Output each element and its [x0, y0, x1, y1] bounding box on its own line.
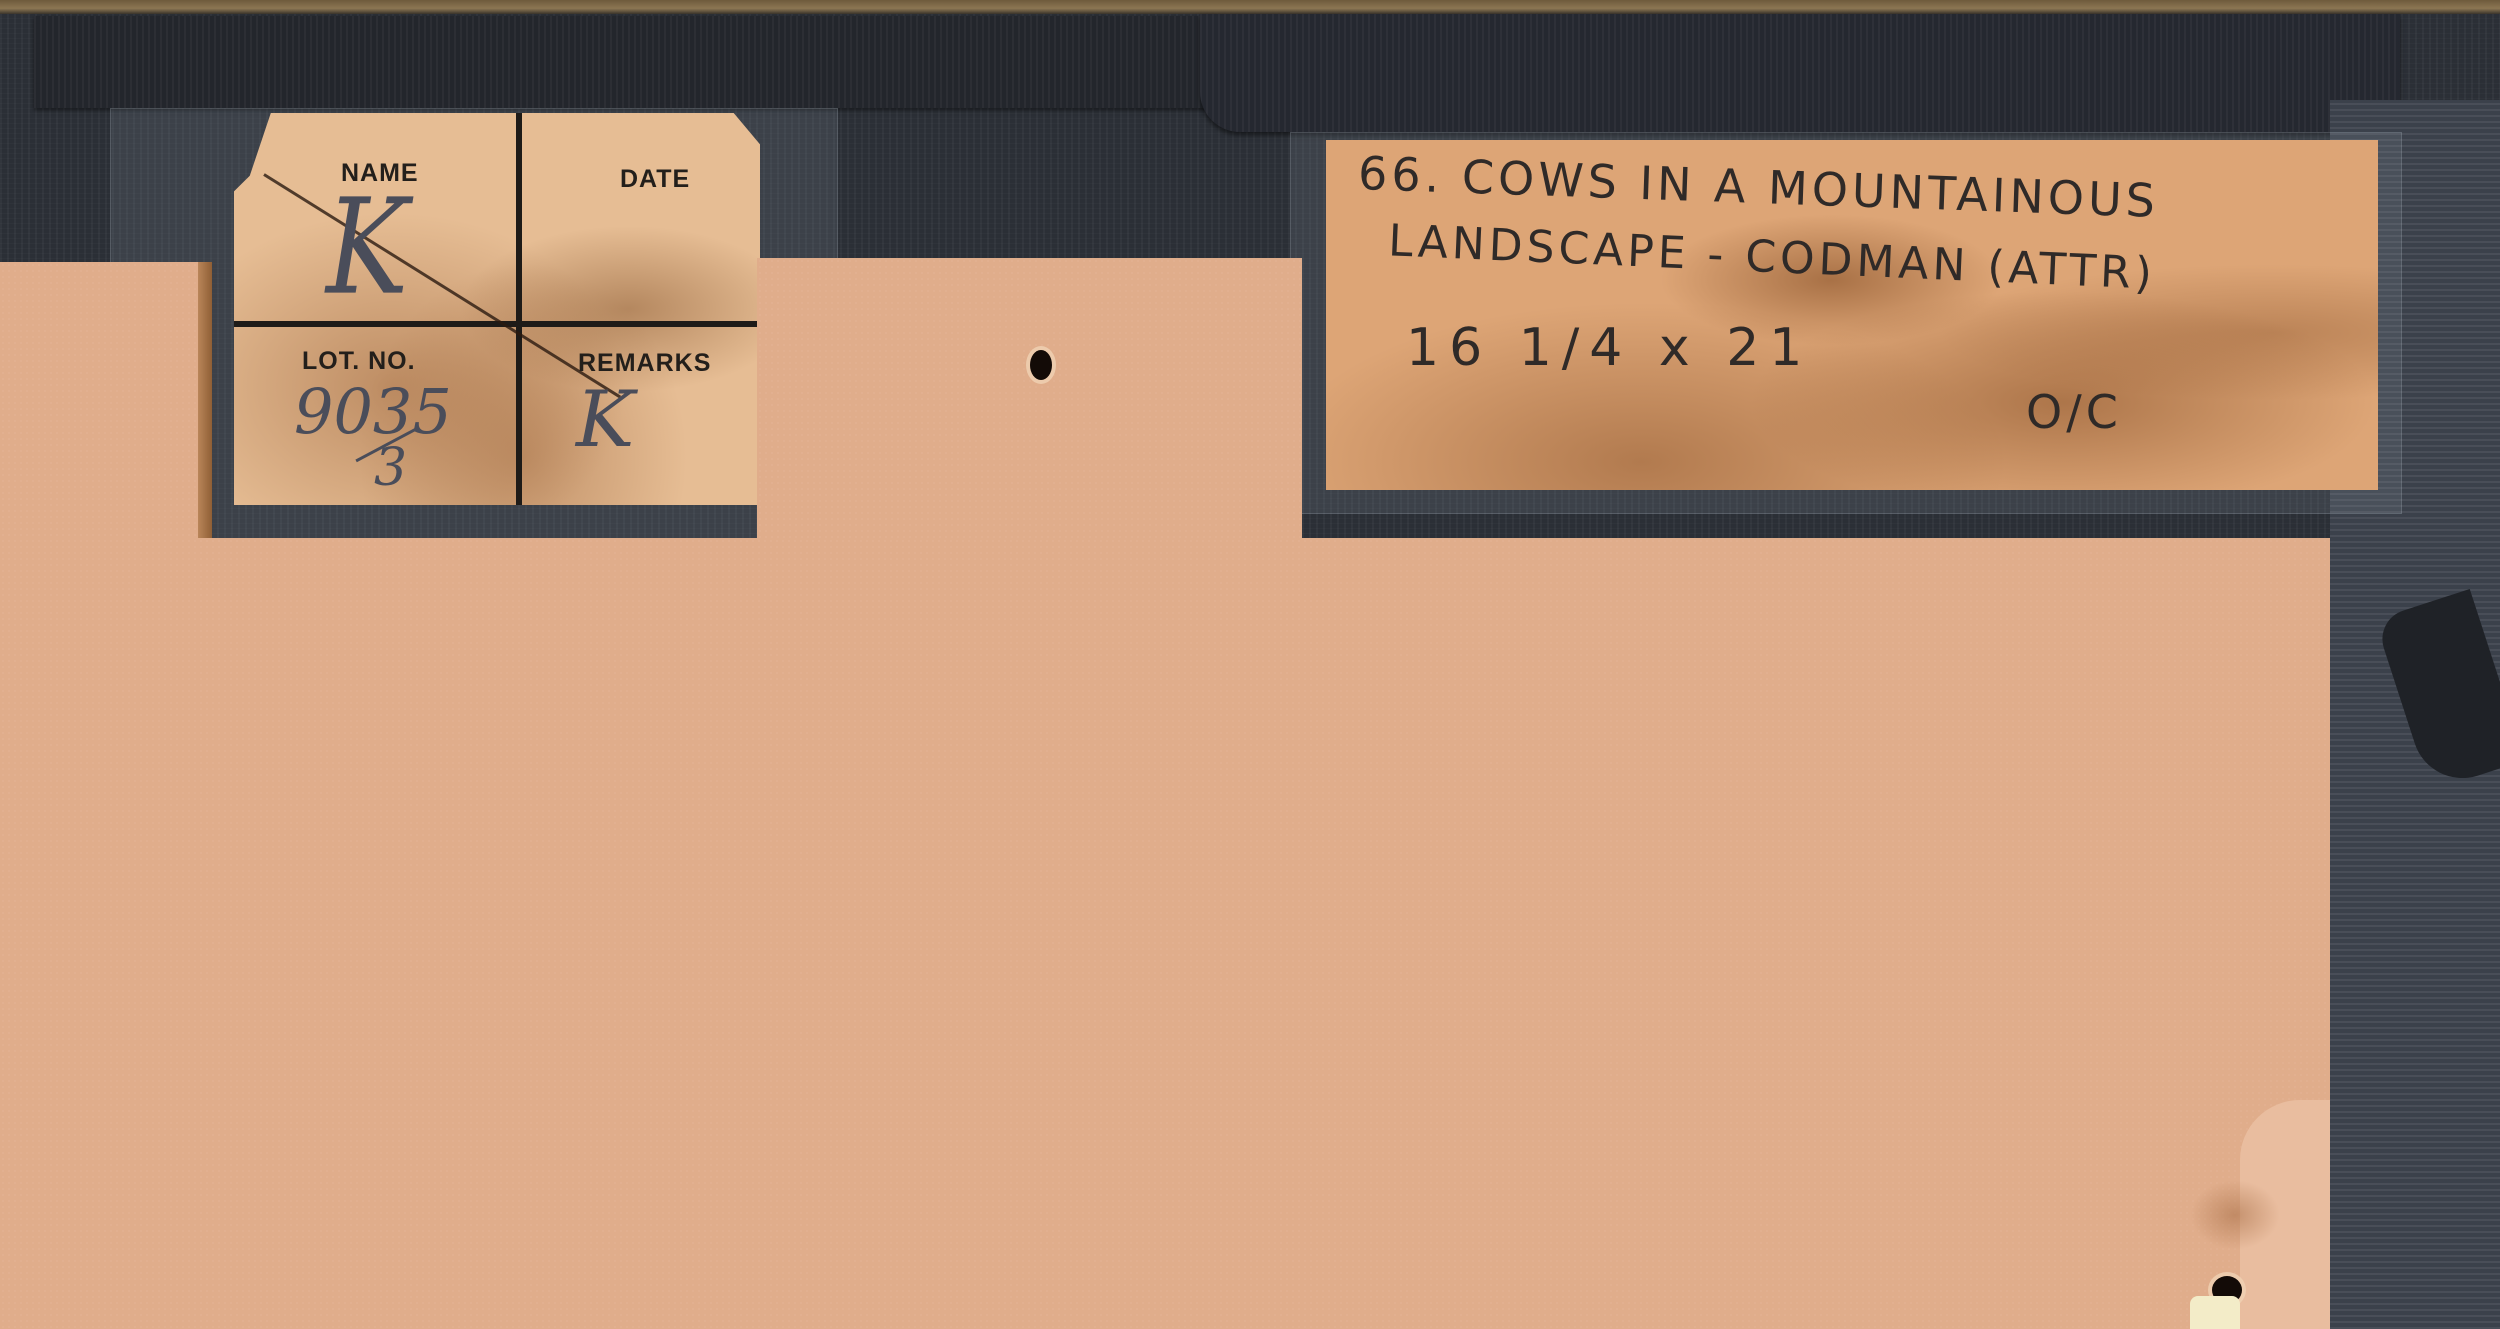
black-tape-top-left [34, 16, 1214, 108]
kraft-board-center-tab [757, 258, 1302, 558]
auction-record-label: NAME DATE LOT. NO. REMARKS K 9035 3 K [234, 113, 760, 505]
artwork-back-photo: NAME DATE LOT. NO. REMARKS K 9035 3 K 66… [0, 0, 2500, 1329]
kraft-backing-board [0, 538, 2330, 1329]
kraft-board-left-tab [0, 262, 212, 552]
black-tape-top-right [1200, 14, 2400, 132]
lot-no-sub-value: 3 [374, 438, 407, 498]
catalogue-description-label: 66. COWS IN A MOUNTAINOUS LANDSCAPE - CO… [1326, 140, 2378, 490]
name-value: K [326, 170, 408, 324]
remarks-value: K [576, 375, 634, 465]
description-line-medium: O/C [2026, 385, 2122, 439]
description-line-artist: LANDSCAPE - CODMAN (ATTR) [1387, 215, 2157, 299]
lot-no-heading: LOT. NO. [302, 347, 416, 376]
paper-scrap [2190, 1296, 2240, 1329]
remarks-heading: REMARKS [578, 349, 711, 378]
board-stain [2190, 1180, 2280, 1250]
label-divider-vertical [516, 113, 522, 505]
nail-hole [1030, 350, 1052, 380]
description-line-dimensions: 16 1/4 x 21 [1406, 318, 1812, 378]
description-line-title: 66. COWS IN A MOUNTAINOUS [1357, 146, 2160, 228]
lot-no-value: 9035 [294, 375, 452, 448]
date-heading: DATE [620, 165, 690, 194]
frame-edge [0, 0, 2500, 14]
